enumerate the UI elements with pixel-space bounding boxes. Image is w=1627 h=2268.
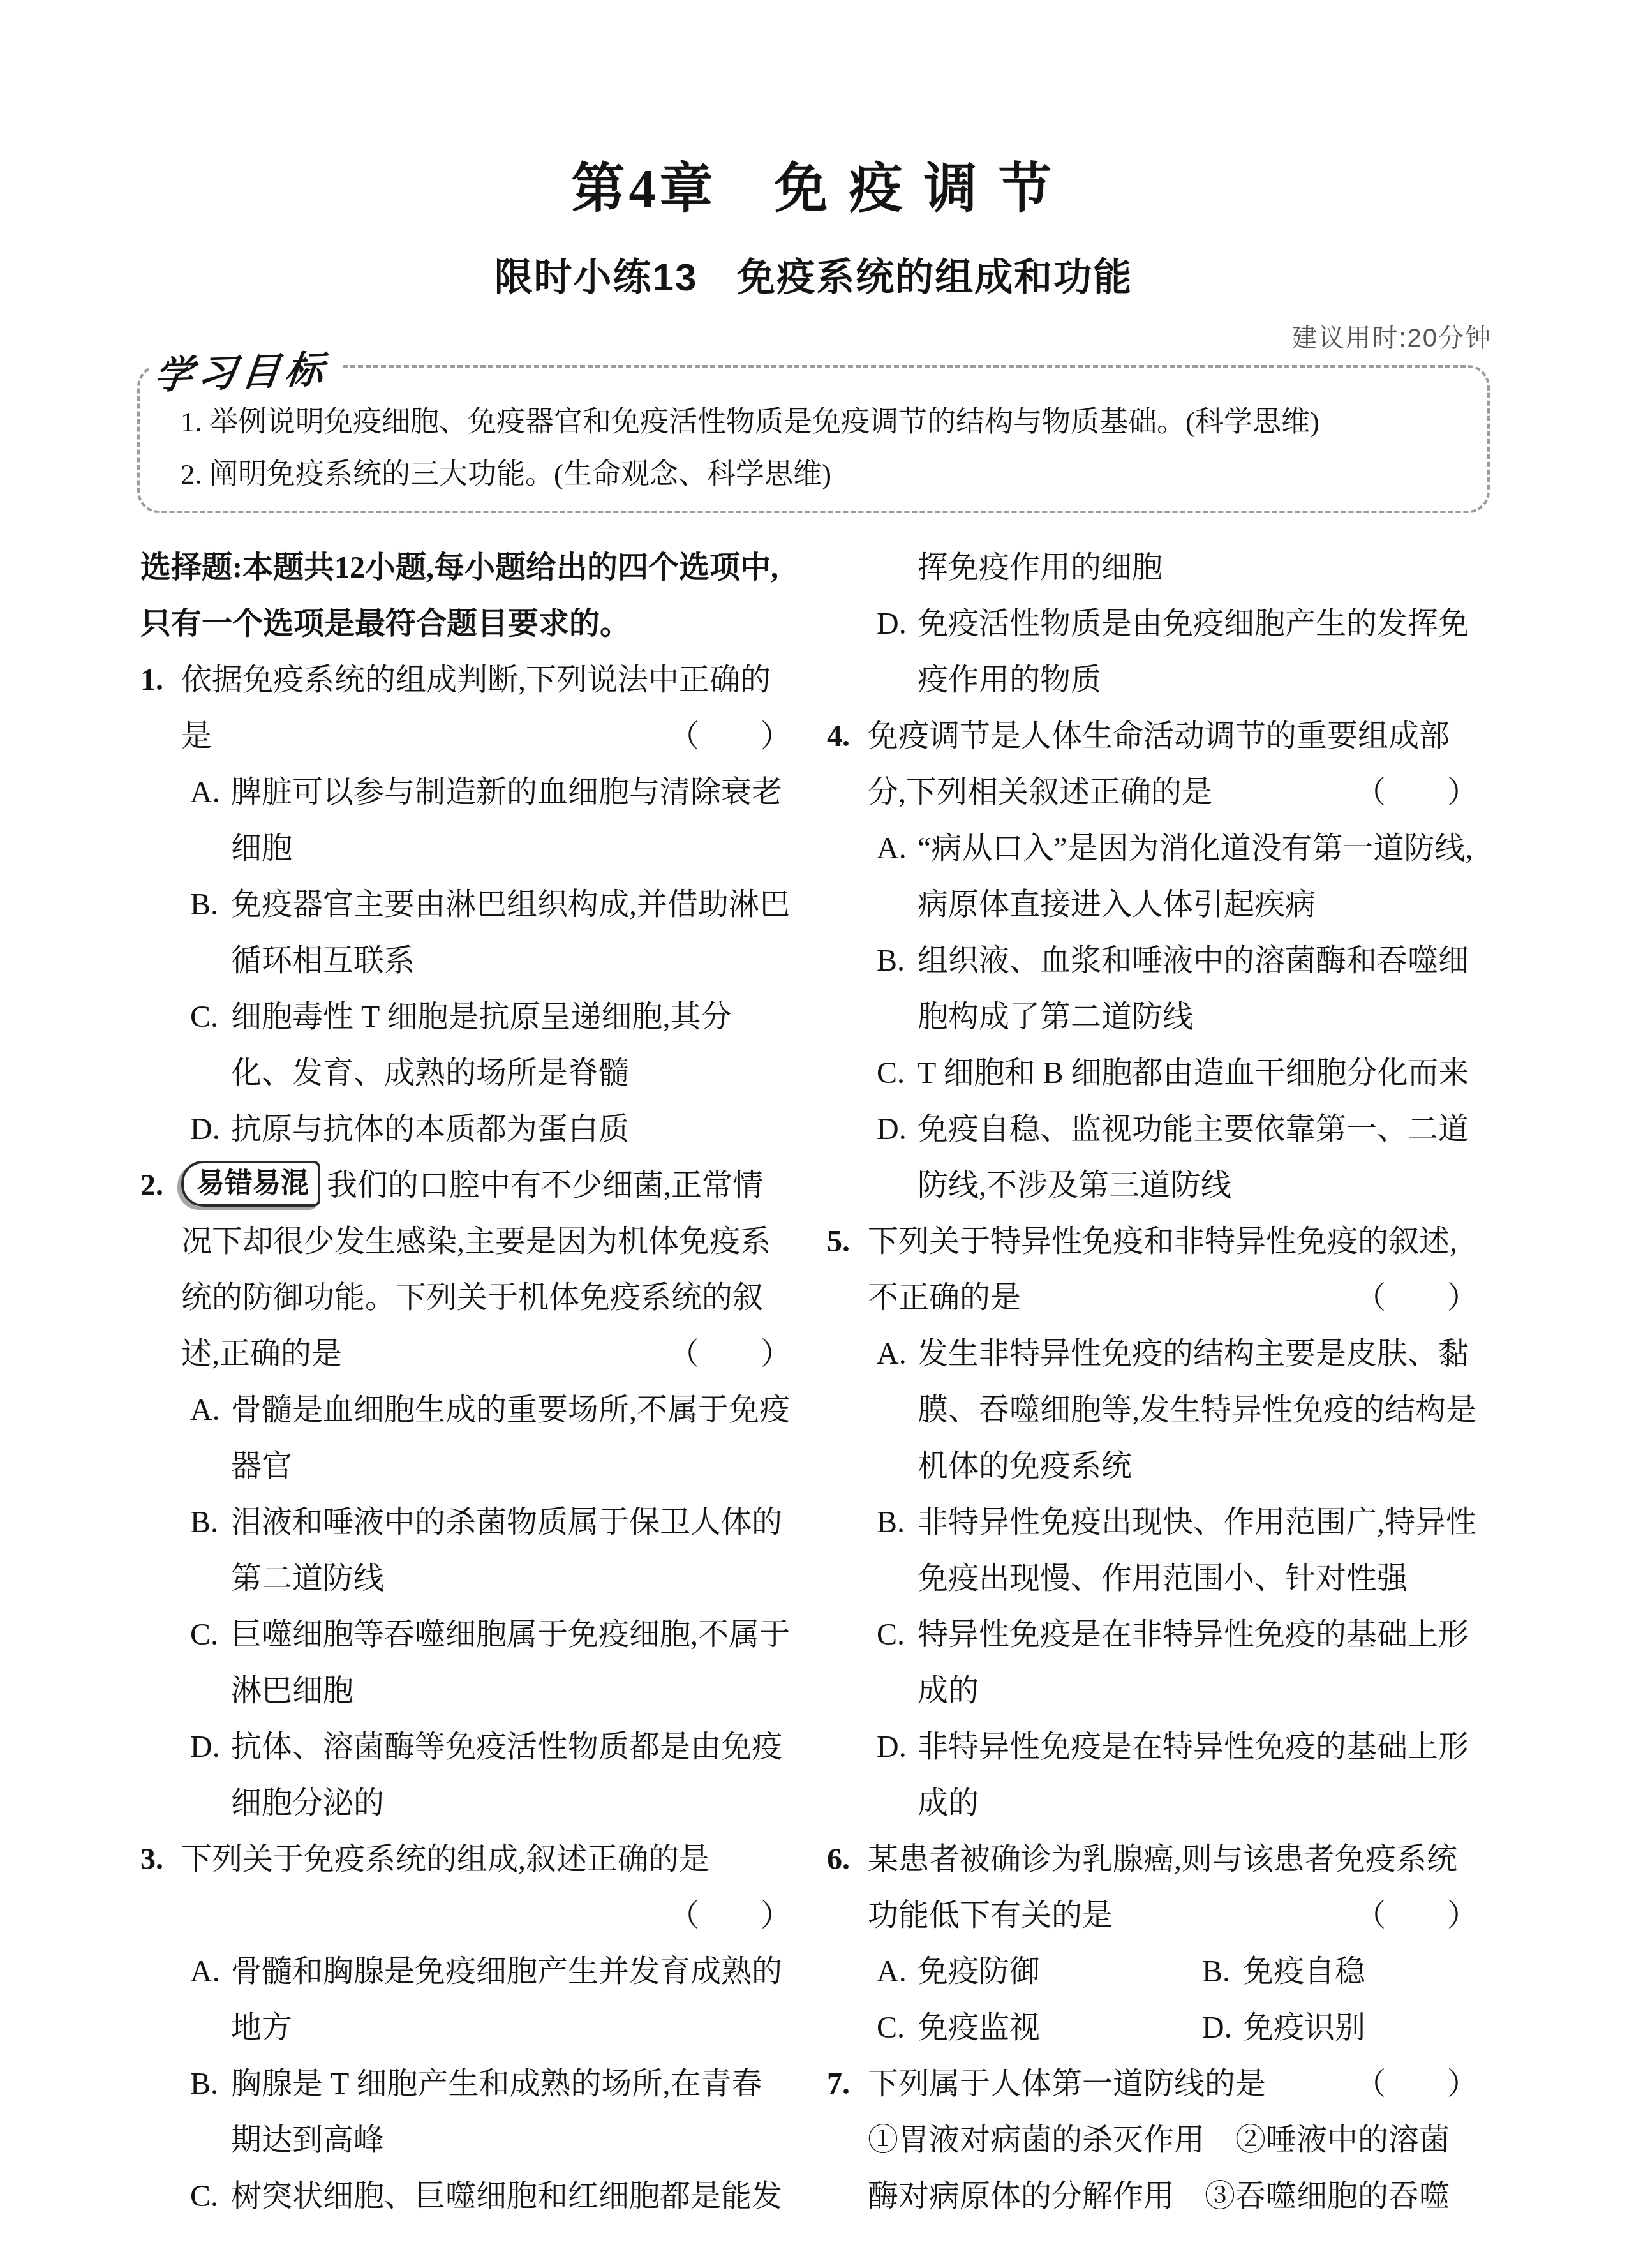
objectives-box: 学习目标 1. 举例说明免疫细胞、免疫器官和免疫活性物质是免疫调节的结构与物质基… xyxy=(137,365,1490,513)
answer-parens: （ ） xyxy=(1355,2056,1478,2112)
option: D.抗体、溶菌酶等免疫活性物质都是由免疫细胞分泌的 xyxy=(140,1719,791,1832)
option-text: 骨髓和胸腺是免疫细胞产生并发育成熟的地方 xyxy=(231,1955,782,2045)
option: A.发生非特异性免疫的结构主要是皮肤、黏膜、吞噬细胞等,发生特异性免疫的结构是机… xyxy=(827,1326,1478,1495)
option-text: 免疫自稳、监视功能主要依靠第一、二道防线,不涉及第三道防线 xyxy=(918,1112,1469,1202)
option: B.非特异性免疫出现快、作用范围广,特异性免疫出现慢、作用范围小、针对性强 xyxy=(827,1495,1478,1607)
option-text: 发生非特异性免疫的结构主要是皮肤、黏膜、吞噬细胞等,发生特异性免疫的结构是机体的… xyxy=(918,1337,1476,1483)
question-stem: 某患者被确诊为乳腺癌,则与该患者免疫系统功能低下有关的是（ ） xyxy=(827,1832,1478,1944)
question-stem-text: 下列属于人体第一道防线的是 xyxy=(868,2067,1266,2101)
questions-area: 选择题:本题共12小题,每小题给出的四个选项中,只有一个选项是最符合题目要求的。… xyxy=(140,540,1496,2230)
option: C.T 细胞和 B 细胞都由造血干细胞分化而来 xyxy=(827,1045,1478,1101)
question-number: 3. xyxy=(140,1832,163,1888)
chapter-title: 第4章 免 疫 调 节 xyxy=(0,0,1627,223)
option-text: 抗体、溶菌酶等免疫活性物质都是由免疫细胞分泌的 xyxy=(231,1730,782,1820)
worksheet-page: 第4章 免 疫 调 节 限时小练13 免疫系统的组成和功能 建议用时:20分钟 … xyxy=(0,0,1627,2268)
option-text: 细胞毒性 T 细胞是抗原呈递细胞,其分化、发育、成熟的场所是脊髓 xyxy=(231,1000,731,1090)
option-label: A. xyxy=(877,1944,907,2000)
option-text: 巨噬细胞等吞噬细胞属于免疫细胞,不属于淋巴细胞 xyxy=(231,1618,790,1708)
option: C.巨噬细胞等吞噬细胞属于免疫细胞,不属于淋巴细胞 xyxy=(140,1607,791,1719)
option-text: 非特异性免疫是在特异性免疫的基础上形成的 xyxy=(918,1730,1469,1820)
option-label: D. xyxy=(190,1719,220,1775)
option-label: B. xyxy=(190,877,218,933)
option-label: D. xyxy=(877,1101,907,1158)
option-text: 免疫防御 xyxy=(918,1955,1040,1988)
question-stem: 下列关于免疫系统的组成,叙述正确的是 xyxy=(140,1832,791,1888)
question: 4.免疫调节是人体生命活动调节的重要组成部分,下列相关叙述正确的是（ ）A.“病… xyxy=(827,708,1478,1214)
option-label: B. xyxy=(190,1495,218,1551)
option-text: 骨髓是血细胞生成的重要场所,不属于免疫器官 xyxy=(231,1393,790,1483)
option-label: B. xyxy=(1202,1944,1230,2000)
option-label: C. xyxy=(190,1607,218,1663)
question-number: 7. xyxy=(827,2056,850,2112)
question: 2.易错易混我们的口腔中有不少细菌,正常情况下却很少发生感染,主要是因为机体免疫… xyxy=(140,1158,791,1832)
option: C.特异性免疫是在非特异性免疫的基础上形成的 xyxy=(827,1607,1478,1719)
answer-parens: （ ） xyxy=(140,1888,791,1944)
option-text: 免疫活性物质是由免疫细胞产生的发挥免疫作用的物质 xyxy=(918,607,1469,697)
option: B.组织液、血浆和唾液中的溶菌酶和吞噬细胞构成了第二道防线 xyxy=(827,933,1478,1045)
question-number: 1. xyxy=(140,652,163,708)
option-label: B. xyxy=(877,1495,905,1551)
option-label: C. xyxy=(877,1607,905,1663)
option-text: 免疫器官主要由淋巴组织构成,并借助淋巴循环相互联系 xyxy=(231,888,790,978)
options-group: A.骨髓和胸腺是免疫细胞产生并发育成熟的地方B.胸腺是 T 细胞产生和成熟的场所… xyxy=(140,1944,791,2225)
question: 3.下列关于免疫系统的组成,叙述正确的是（ ）A.骨髓和胸腺是免疫细胞产生并发育… xyxy=(140,1832,791,2225)
option-label: A. xyxy=(190,765,220,821)
option: A.骨髓和胸腺是免疫细胞产生并发育成熟的地方 xyxy=(140,1944,791,2056)
answer-parens: （ ） xyxy=(1355,1270,1478,1326)
option-label: C. xyxy=(190,989,218,1045)
option: D.免疫活性物质是由免疫细胞产生的发挥免疫作用的物质 xyxy=(827,596,1478,708)
option-text: 泪液和唾液中的杀菌物质属于保卫人体的第二道防线 xyxy=(231,1505,782,1595)
option: D.抗原与抗体的本质都为蛋白质 xyxy=(140,1101,791,1158)
question-stem: 易错易混我们的口腔中有不少细菌,正常情况下却很少发生感染,主要是因为机体免疫系统… xyxy=(140,1158,791,1382)
column-right: 挥免疫作用的细胞D.免疫活性物质是由免疫细胞产生的发挥免疫作用的物质4.免疫调节… xyxy=(827,540,1478,2230)
question-number: 5. xyxy=(827,1214,850,1270)
options-group: A.骨髓是血细胞生成的重要场所,不属于免疫器官B.泪液和唾液中的杀菌物质属于保卫… xyxy=(140,1382,791,1832)
option-label: D. xyxy=(1202,2000,1232,2056)
option-label: D. xyxy=(877,1719,907,1775)
options-group: A.免疫防御B.免疫自稳C.免疫监视D.免疫识别 xyxy=(827,1944,1478,2056)
option: B.泪液和唾液中的杀菌物质属于保卫人体的第二道防线 xyxy=(140,1495,791,1607)
objective-item: 2. 阐明免疫系统的三大功能。(生命观念、科学思维) xyxy=(181,448,1471,500)
option-label: A. xyxy=(877,1326,907,1382)
question: 5.下列关于特异性免疫和非特异性免疫的叙述,不正确的是（ ）A.发生非特异性免疫… xyxy=(827,1214,1478,1832)
option-text: “病从口入”是因为消化道没有第一道防线,病原体直接进入人体引起疾病 xyxy=(918,832,1473,921)
option: C.细胞毒性 T 细胞是抗原呈递细胞,其分化、发育、成熟的场所是脊髓 xyxy=(140,989,791,1101)
options-group: A.脾脏可以参与制造新的血细胞与清除衰老细胞B.免疫器官主要由淋巴组织构成,并借… xyxy=(140,765,791,1158)
option: C.树突状细胞、巨噬细胞和红细胞都是能发 xyxy=(140,2168,791,2225)
question-stem-text: 下列关于免疫系统的组成,叙述正确的是 xyxy=(181,1842,709,1876)
option: A.骨髓是血细胞生成的重要场所,不属于免疫器官 xyxy=(140,1382,791,1495)
column-left: 选择题:本题共12小题,每小题给出的四个选项中,只有一个选项是最符合题目要求的。… xyxy=(140,540,791,2230)
continuation-line: 挥免疫作用的细胞 xyxy=(827,540,1478,596)
option: D.非特异性免疫是在特异性免疫的基础上形成的 xyxy=(827,1719,1478,1832)
option-label: A. xyxy=(190,1382,220,1438)
question-stem: 下列属于人体第一道防线的是（ ） xyxy=(827,2056,1478,2112)
option: B.免疫自稳 xyxy=(1152,1944,1478,2000)
option-text: 树突状细胞、巨噬细胞和红细胞都是能发 xyxy=(231,2179,782,2213)
option: A.脾脏可以参与制造新的血细胞与清除衰老细胞 xyxy=(140,765,791,877)
question-stem: 免疫调节是人体生命活动调节的重要组成部分,下列相关叙述正确的是（ ） xyxy=(827,708,1478,821)
option-label: B. xyxy=(190,2056,218,2112)
question-number: 2. xyxy=(140,1158,163,1214)
hard-point-badge: 易错易混 xyxy=(181,1161,320,1207)
question: 6.某患者被确诊为乳腺癌,则与该患者免疫系统功能低下有关的是（ ）A.免疫防御B… xyxy=(827,1832,1478,2056)
options-group: A.“病从口入”是因为消化道没有第一道防线,病原体直接进入人体引起疾病B.组织液… xyxy=(827,821,1478,1214)
answer-parens: （ ） xyxy=(1355,1888,1478,1944)
question-stem: 下列关于特异性免疫和非特异性免疫的叙述,不正确的是（ ） xyxy=(827,1214,1478,1326)
option-label: A. xyxy=(190,1944,220,2000)
option-text: T 细胞和 B 细胞都由造血干细胞分化而来 xyxy=(918,1056,1469,1090)
option-label: C. xyxy=(190,2168,218,2225)
objectives-label: 学习目标 xyxy=(147,339,346,400)
numbered-items: ①胃液对病菌的杀灭作用 ②唾液中的溶菌酶对病原体的分解作用 ③吞噬细胞的吞噬 xyxy=(827,2112,1478,2225)
answer-parens: （ ） xyxy=(1355,765,1478,821)
option: A.“病从口入”是因为消化道没有第一道防线,病原体直接进入人体引起疾病 xyxy=(827,821,1478,933)
option-text: 免疫识别 xyxy=(1243,2011,1365,2045)
section-intro: 选择题:本题共12小题,每小题给出的四个选项中,只有一个选项是最符合题目要求的。 xyxy=(140,540,791,652)
option-text: 免疫自稳 xyxy=(1243,1955,1365,1988)
options-group: D.免疫活性物质是由免疫细胞产生的发挥免疫作用的物质 xyxy=(827,596,1478,708)
option: A.免疫防御 xyxy=(827,1944,1152,2000)
suggested-time-note: 建议用时:20分钟 xyxy=(1291,318,1492,354)
option: C.免疫监视 xyxy=(827,2000,1152,2056)
lesson-title: 限时小练13 免疫系统的组成和功能 xyxy=(0,247,1627,302)
option-text: 非特异性免疫出现快、作用范围广,特异性免疫出现慢、作用范围小、针对性强 xyxy=(918,1505,1476,1595)
option-text: 特异性免疫是在非特异性免疫的基础上形成的 xyxy=(918,1618,1469,1708)
option: B.免疫器官主要由淋巴组织构成,并借助淋巴循环相互联系 xyxy=(140,877,791,989)
question-number: 4. xyxy=(827,708,850,765)
option-label: C. xyxy=(877,2000,905,2056)
option: D.免疫识别 xyxy=(1152,2000,1478,2056)
option: B.胸腺是 T 细胞产生和成熟的场所,在青春期达到高峰 xyxy=(140,2056,791,2168)
option-label: B. xyxy=(877,933,905,989)
option-text: 胸腺是 T 细胞产生和成熟的场所,在青春期达到高峰 xyxy=(231,2067,762,2157)
question-stem: 依据免疫系统的组成判断,下列说法中正确的是（ ） xyxy=(140,652,791,765)
answer-parens: （ ） xyxy=(669,708,791,765)
question: 7.下列属于人体第一道防线的是（ ）①胃液对病菌的杀灭作用 ②唾液中的溶菌酶对病… xyxy=(827,2056,1478,2225)
option-label: C. xyxy=(877,1045,905,1101)
answer-parens: （ ） xyxy=(669,1326,791,1382)
option-text: 免疫监视 xyxy=(918,2011,1040,2045)
option-text: 组织液、血浆和唾液中的溶菌酶和吞噬细胞构成了第二道防线 xyxy=(918,944,1469,1034)
objectives-list: 1. 举例说明免疫细胞、免疫器官和免疫活性物质是免疫调节的结构与物质基础。(科学… xyxy=(140,368,1487,500)
question-number: 6. xyxy=(827,1832,850,1888)
option-label: D. xyxy=(877,596,907,652)
option-label: A. xyxy=(877,821,907,877)
options-group: A.发生非特异性免疫的结构主要是皮肤、黏膜、吞噬细胞等,发生特异性免疫的结构是机… xyxy=(827,1326,1478,1832)
option-text: 脾脏可以参与制造新的血细胞与清除衰老细胞 xyxy=(231,775,782,865)
option: D.免疫自稳、监视功能主要依靠第一、二道防线,不涉及第三道防线 xyxy=(827,1101,1478,1214)
question: D.免疫活性物质是由免疫细胞产生的发挥免疫作用的物质 xyxy=(827,596,1478,708)
objective-item: 1. 举例说明免疫细胞、免疫器官和免疫活性物质是免疫调节的结构与物质基础。(科学… xyxy=(181,396,1471,448)
option-label: D. xyxy=(190,1101,220,1158)
option-text: 抗原与抗体的本质都为蛋白质 xyxy=(231,1112,629,1146)
question: 1.依据免疫系统的组成判断,下列说法中正确的是（ ）A.脾脏可以参与制造新的血细… xyxy=(140,652,791,1158)
